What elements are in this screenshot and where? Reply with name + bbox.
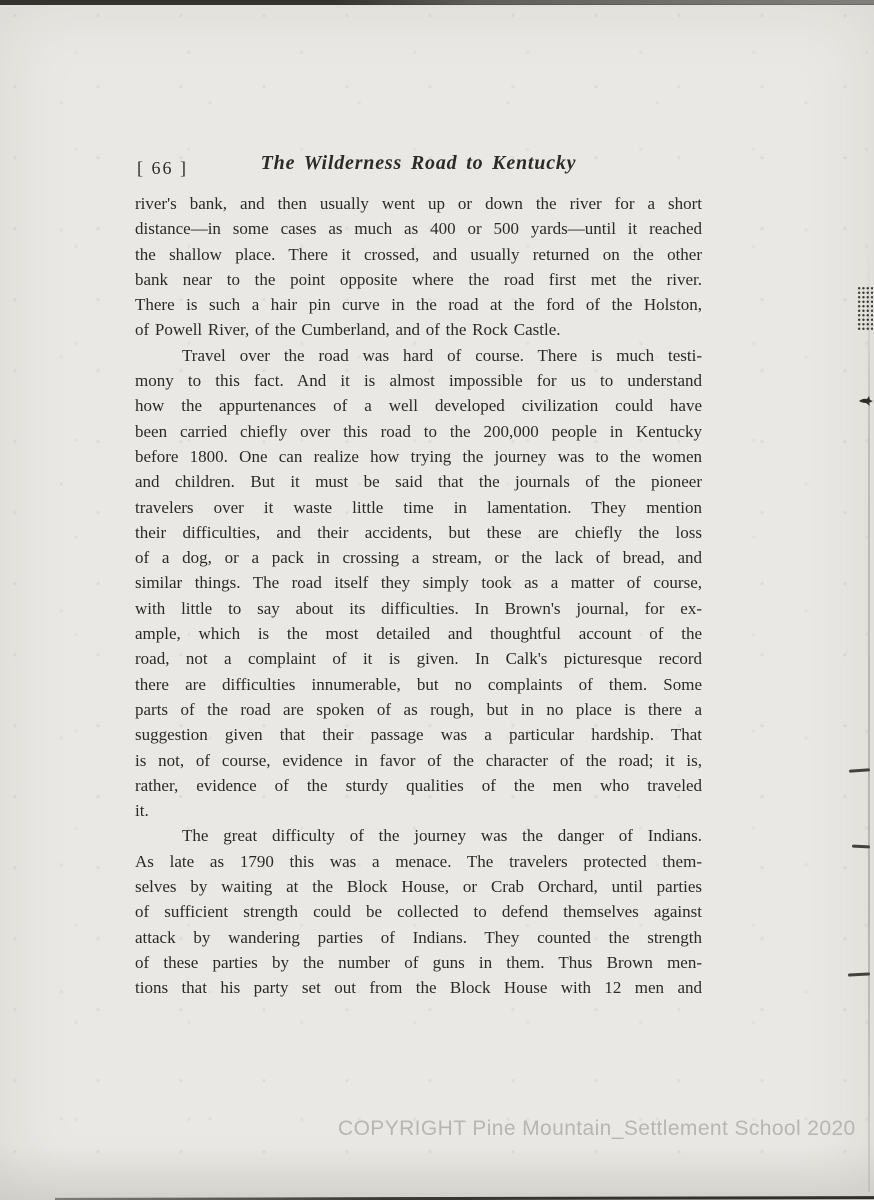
text-line: with little to say about its difficultie… [135,596,702,621]
text-line: it. [135,798,702,823]
text-line: how the appurtenances of a well develope… [135,393,702,418]
text-line: selves by waiting at the Block House, or… [135,874,702,899]
text-line: of Powell River, of the Cumberland, and … [135,317,702,342]
text-line: the shallow place. There it crossed, and… [135,242,702,267]
text-line: road, not a complaint of it is given. In… [135,646,702,671]
text-line: their difficulties, and their accidents,… [135,520,702,545]
ink-mark-artifact [858,394,873,407]
text-line: bank near to the point opposite where th… [135,267,702,292]
copyright-watermark: COPYRIGHT Pine Mountain_Settlement Schoo… [338,1117,856,1141]
scan-top-edge [0,0,874,5]
paragraph: Travel over the road was hard of course.… [135,343,702,824]
text-line: and children. But it must be said that t… [135,469,702,494]
text-line: distance—in some cases as much as 400 or… [135,216,702,241]
text-line: of sufficient strength could be collecte… [135,899,702,924]
text-line: As late as 1790 this was a menace. The t… [135,849,702,874]
text-line: Travel over the road was hard of course.… [135,343,702,368]
text-line: mony to this fact. And it is almost impo… [135,368,702,393]
page-header: [ 66 ] The Wilderness Road to Kentucky [135,150,702,184]
binding-stitch-mark [848,972,870,976]
paragraph: river's bank, and then usually went up o… [135,191,702,343]
text-line: The great difficulty of the journey was … [135,823,702,848]
text-line: before 1800. One can realize how trying … [135,444,702,469]
text-line: there are difficulties innumerable, but … [135,672,702,697]
text-line: suggestion given that their passage was … [135,722,702,747]
text-line: rather, evidence of the sturdy qualities… [135,773,702,798]
text-line: of a dog, or a pack in crossing a stream… [135,545,702,570]
binding-stitch-mark [852,845,870,849]
body-text: river's bank, and then usually went up o… [135,191,702,1001]
text-line: similar things. The road itself they sim… [135,570,702,595]
text-line: river's bank, and then usually went up o… [135,191,702,216]
running-title: The Wilderness Road to Kentucky [135,152,702,175]
text-line: parts of the road are spoken of as rough… [135,697,702,722]
text-line: attack by wandering parties of Indians. … [135,925,702,950]
text-line: There is such a hair pin curve in the ro… [135,292,702,317]
text-line: travelers over it waste little time in l… [135,495,702,520]
text-line: of these parties by the number of guns i… [135,950,702,975]
text-line: been carried chiefly over this road to t… [135,419,702,444]
text-line: tions that his party set out from the Bl… [135,975,702,1000]
halftone-dots-artifact [857,286,873,332]
text-line: is not, of course, evidence in favor of … [135,748,702,773]
binding-stitch-mark [849,768,870,772]
text-line: ample, which is the most detailed and th… [135,621,702,646]
scanned-book-page: [ 66 ] The Wilderness Road to Kentucky r… [0,0,874,1200]
paragraph: The great difficulty of the journey was … [135,823,702,1000]
bottom-scan-shadow [0,1145,874,1200]
